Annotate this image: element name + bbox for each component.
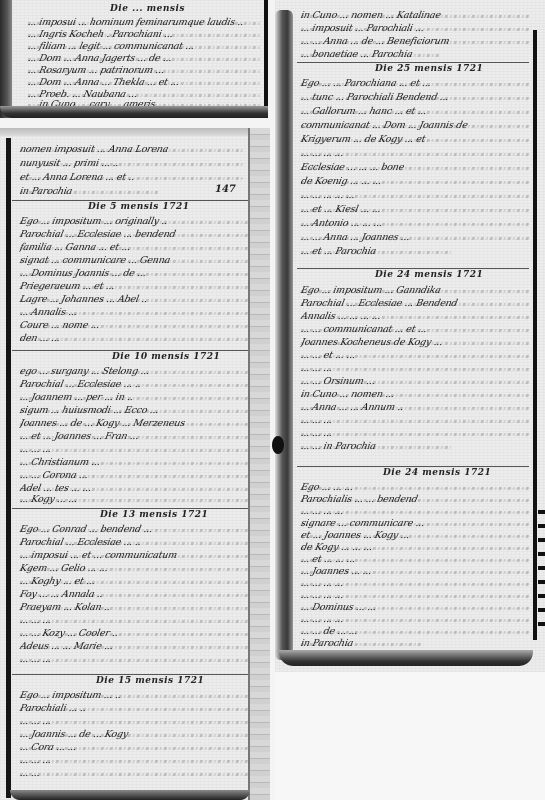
handwritten-line: Parochial ... Ecclesiae ... .. — [19, 537, 249, 548]
handwritten-line: ego ... surgany ... Stelong ... — [19, 366, 249, 377]
handwritten-line: ... tunc ... Parochiali Bendend ... — [300, 92, 532, 103]
handwritten-line: Annalis ... ... ... ... — [300, 311, 532, 322]
page-number: 147 — [215, 184, 236, 195]
handwritten-line: ... ... — [19, 768, 249, 779]
handwritten-line: in Parochia — [19, 186, 161, 197]
handwritten-line: Foy ... ... Annala .. — [19, 589, 249, 600]
entry-divider — [12, 508, 248, 509]
handwritten-line: ... ... Anna ... Joannes ... — [300, 232, 532, 243]
handwritten-line: ... ... ... — [19, 615, 249, 626]
page-bottom-edge — [0, 106, 268, 118]
handwritten-line: Parochiali ... .. — [19, 703, 249, 714]
handwritten-line: ... Gallorum ... hanc ... et ... — [300, 106, 532, 117]
handwritten-line: ... et ... Kiesl ... ... — [300, 204, 532, 215]
binding-edge — [0, 0, 12, 118]
page-bottom-edge — [279, 650, 533, 666]
entry-heading: Die 15 mensis 1721 — [96, 676, 204, 686]
entry-divider — [297, 466, 529, 467]
ink-blot — [272, 436, 284, 454]
handwritten-line: ... Dom ... Anna ... Thekla ... et ... — [27, 77, 261, 88]
handwritten-line: Ego ... impositum ... originally .. — [19, 216, 249, 227]
register-page-left: nomen imposuit ... Anna Lorena nunyusit … — [0, 128, 270, 800]
handwritten-line: ... ... ... ... — [300, 614, 532, 625]
handwritten-line: ... ... et ... ... — [300, 350, 532, 361]
handwritten-line: ... ... ... ... — [300, 578, 532, 589]
handwritten-line: ... imposui ... hominum feminarumque lau… — [27, 17, 261, 28]
adjacent-page-strip — [248, 128, 270, 800]
entry-divider — [297, 62, 529, 63]
handwritten-line: in Cuno ... nomen ... — [300, 389, 532, 400]
entry-heading: Die 24 mensis 1721 — [375, 270, 483, 280]
handwritten-line: in Cuno ... nomen ... Katalinae — [300, 10, 532, 21]
handwritten-line: ... Rosaryum ... patrinorum ... — [27, 65, 261, 76]
entry-heading: Die 25 mensis 1721 — [375, 64, 483, 74]
entry-divider — [12, 674, 248, 675]
handwritten-line: ... et ... Joannes ... Fran ... — [19, 431, 249, 442]
handwritten-line: ... Joannis ... de ... Kogy — [19, 729, 249, 740]
handwritten-line: de Kogy ... ... ... — [300, 542, 532, 553]
entry-heading: Die ... mensis — [110, 4, 185, 14]
handwritten-line: familia ... Ganna ... et ... — [19, 242, 249, 253]
handwritten-line: Parochialis ... ... bendend — [300, 494, 532, 505]
handwritten-line: Priegeraeum ... et ... — [19, 281, 249, 292]
handwritten-line: ... ... Orsinum ... — [300, 376, 532, 387]
handwritten-line: Joannes ... de ... Kogy ... Merzeneus — [19, 418, 249, 429]
entry-divider — [297, 268, 529, 269]
handwritten-line: communicanat ... Dom ... Joannis de — [300, 120, 532, 131]
register-fragment-top-left: Die ... mensis ... imposui ... hominum f… — [0, 0, 268, 118]
handwritten-line: ... imposui ... et ... communicatum — [19, 550, 249, 561]
handwritten-line: ... ... Kozy ... Cooler .. — [19, 628, 249, 639]
margin-marks — [538, 510, 545, 630]
handwritten-line: ... Annalis ... — [19, 307, 249, 318]
handwritten-line: signat ... communicare ... Genna — [19, 255, 249, 266]
handwritten-line: ... filiam ... legit ... communicanat ..… — [27, 41, 261, 52]
handwritten-line: Ego ... ... ... — [300, 482, 532, 493]
handwritten-line: ... Antonio ... ... ... — [300, 218, 532, 229]
handwritten-line: ... ... ... — [19, 444, 249, 455]
handwritten-line: signare ... communicare ... — [300, 518, 532, 529]
entry-heading: Die 13 mensis 1721 — [100, 510, 208, 520]
handwritten-line: Parochial ... Ecclesiae ... .. — [19, 379, 249, 390]
register-page-right: in Cuno ... nomen ... Katalinae ... impo… — [275, 0, 545, 672]
handwritten-line: ... ... ... ... ... — [300, 190, 532, 201]
page-top-edge — [0, 128, 270, 136]
handwritten-line: Ego ... ... Parochiana ... et ... — [300, 78, 532, 89]
page-edge — [533, 30, 537, 640]
handwritten-line: ... Christianum ... — [19, 457, 249, 468]
handwritten-line: Parochial ... Ecclesiae ... bendend — [19, 229, 249, 240]
handwritten-line: Kgem ... Gelio ... ... — [19, 563, 249, 574]
handwritten-line: ... Dominus Joannis ... de ... — [19, 268, 249, 279]
entry-heading: Die 10 mensis 1721 — [112, 352, 220, 362]
handwritten-line: ... Anna ... ... Annum .. — [300, 402, 532, 413]
handwritten-line: nomen imposuit ... Anna Lorena — [19, 144, 246, 155]
handwritten-line: ... Ingris Kocheh . Parochiani ... — [27, 29, 261, 40]
blank-background — [275, 672, 545, 800]
handwritten-line: den ... ... — [19, 333, 249, 344]
handwritten-line: Lagre ... Johannes ... Abel .. — [19, 294, 249, 305]
handwritten-line: ... ... ... ... — [300, 148, 532, 159]
handwritten-line: ... ... ... — [300, 363, 532, 374]
handwritten-line: ... Dom ... Anna Jagerts ... de ... — [27, 53, 261, 64]
handwritten-line: Krigyerum ... de Kogy ... et — [300, 134, 532, 145]
handwritten-line: ... bonaetiae ... Parochia — [300, 49, 442, 60]
handwritten-line: ... Dominus ... ... — [300, 602, 532, 613]
handwritten-line: de Koenig ... ... ... — [300, 176, 532, 187]
handwritten-line: Ego ... impositum ... Ganndika — [300, 285, 532, 296]
entry-heading: Die 24 mensis 1721 — [383, 468, 491, 478]
handwritten-line: ... ... Corona ... — [19, 470, 249, 481]
handwritten-line: Ecclesiae ... ... ... bone — [300, 162, 532, 173]
handwritten-line: Adeus ... ... Marie ... — [19, 641, 249, 652]
handwritten-line: nunyusit ... primi ... .. — [19, 158, 246, 169]
handwritten-line: ... ... ... ... — [300, 506, 532, 517]
page-edge — [264, 0, 268, 118]
handwritten-line: ... ... Anna ... de ... Beneficiorum — [300, 36, 532, 47]
handwritten-line: Ego ... Conrad ... bendend ... — [19, 524, 249, 535]
handwritten-line: ... Cora ... ... — [19, 742, 249, 753]
handwritten-line: ... Joannes ... ... — [300, 566, 532, 577]
handwritten-line: ... Joannem ... per ... in .. — [19, 392, 249, 403]
binding-edge — [6, 138, 11, 798]
handwritten-line: ... ... ... ... — [300, 590, 532, 601]
handwritten-line: ... ... ... — [19, 716, 249, 727]
entry-heading: Die 5 mensis 1721 — [88, 202, 190, 212]
handwritten-line: ... Kogy ... ... — [19, 494, 249, 505]
handwritten-line: ... ... de ... ... — [300, 626, 532, 637]
entry-divider — [12, 350, 248, 351]
handwritten-line: ... et ... ... ... — [300, 554, 532, 565]
handwritten-line: Parochial ... Ecclesiae ... Bendend — [300, 298, 532, 309]
handwritten-line: ... ... communicanat ... et ... — [300, 324, 532, 335]
handwritten-line: Adel ... tes ... ... — [19, 483, 249, 494]
handwritten-line: ... imposuit ... Parochiali ... — [300, 23, 532, 34]
handwritten-line: in Parochia — [300, 638, 422, 649]
handwritten-line: ... et ... Parochia — [300, 246, 452, 257]
handwritten-line: et ... Joannes ... Kogy ... — [300, 530, 532, 541]
handwritten-line: et ... Anna Lorena ... et .. — [19, 172, 246, 183]
handwritten-line: Ego ... impositum ... .. — [19, 690, 249, 701]
handwritten-line: Coure ... nome ... — [19, 320, 249, 331]
handwritten-line: ... ... ... — [300, 428, 532, 439]
handwritten-line: Praeyam ... Kolan .. — [19, 602, 249, 613]
handwritten-line: ... ... ... — [300, 415, 532, 426]
handwritten-line: ... Koghy ... et ... — [19, 576, 249, 587]
handwritten-line: ... ... ... — [19, 654, 249, 665]
handwritten-line: Joannes Kocheneus de Kogy ... — [300, 337, 532, 348]
handwritten-line: ... ... ... — [19, 755, 249, 766]
binding-edge — [275, 10, 293, 660]
page-bottom-edge — [10, 790, 250, 800]
handwritten-line: ... ... in Parochia — [300, 441, 452, 452]
entry-divider — [12, 200, 248, 201]
handwritten-line: sigum ... huiusmodi ... Ecco ... — [19, 405, 249, 416]
